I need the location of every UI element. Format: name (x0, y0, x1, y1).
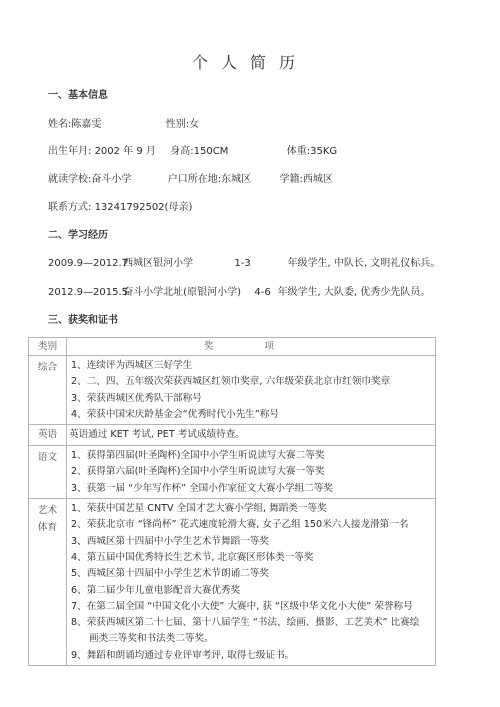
edu-grades: 4-6 (254, 286, 274, 300)
category-line: 艺术 (29, 502, 66, 519)
edu-grades: 1-3 (234, 257, 284, 271)
category-cell: 艺术 体育 (29, 499, 67, 666)
education-entry: 2012.9—2015.5 奋斗小学北址(原银河小学) 4-6 年级学生, 大队… (48, 286, 430, 300)
school-value: 奋斗小学 (91, 174, 131, 185)
column-header-awards: 奖 项 (67, 338, 436, 356)
page-title: 个人简历 (0, 50, 500, 73)
award-item: 英语通过 KET 考试, PET 考试成绩待查。 (69, 425, 435, 445)
category-cell: 英语 (29, 425, 67, 446)
xueji-value: 西城区 (303, 174, 333, 185)
name-label: 姓名: (48, 119, 71, 130)
award-item-continuation: 画类三等奖和书法类二等奖。 (71, 631, 435, 647)
award-item: 7、在第二届全国 “中国文化小大使” 大赛中, 获 “区级中华文化小大使” 荣誉… (71, 599, 435, 615)
edu-period: 2009.9—2012.7 (48, 257, 120, 271)
height-value: 150CM (194, 146, 229, 157)
award-item: 2、荣获北京市 “锋尚杯” 花式速度轮滑大赛, 女子乙组 150米六人接龙滑第一… (71, 517, 435, 533)
birth-value: 2002 年 9 月 (95, 146, 156, 157)
contact-label: 联系方式: (48, 202, 91, 213)
table-row: 英语 英语通过 KET 考试, PET 考试成绩待查。 (29, 425, 436, 446)
name-value: 陈嘉雯 (71, 119, 101, 130)
award-item: 1、连续评为西城区三好学生 (71, 358, 435, 374)
award-item: 5、西城区第十四届中小学生艺术节朗诵二等奖 (71, 566, 435, 582)
award-item: 8、荣获西城区第二十七届、第十八届学生 “书法、绘画、摄影、工艺美术” 比赛绘 (71, 615, 435, 631)
edu-school: 西城区银河小学 (123, 257, 231, 271)
table-row: 综合 1、连续评为西城区三好学生 2、二、四、五年级次荣获西城区红领巾奖章, 六… (29, 356, 436, 425)
table-header-row: 类别 奖 项 (29, 338, 436, 356)
award-item: 1、获得第四届(叶圣陶杯)全国中小学生听说读写大赛二等奖 (71, 448, 435, 464)
award-item: 4、荣获中国宋庆龄基金会“优秀时代小先生”称号 (71, 407, 435, 423)
section-heading-education: 二、学习经历 (48, 229, 108, 243)
edu-school: 奋斗小学北址(原银河小学) (123, 286, 251, 300)
hukou-label: 户口所在地: (168, 174, 221, 185)
gender-value: 女 (189, 119, 199, 130)
award-item: 3、荣获西城区优秀队干部称号 (71, 391, 435, 407)
contact-value: 13241792502(母亲) (95, 202, 193, 213)
section-heading-basic-info: 一、基本信息 (48, 89, 108, 103)
birth-height-weight-line: 出生年月: 2002 年 9 月 身高:150CM 体重:35KG (48, 145, 337, 159)
awards-cell: 1、连续评为西城区三好学生 2、二、四、五年级次荣获西城区红领巾奖章, 六年级荣… (67, 356, 436, 425)
table-row: 语文 1、获得第四届(叶圣陶杯)全国中小学生听说读写大赛二等奖 2、获得第六届(… (29, 446, 436, 499)
edu-desc: 年级学生, 中队长, 文明礼仪标兵。 (288, 258, 441, 269)
school-label: 就读学校: (48, 174, 91, 185)
award-item: 4、第五届中国优秀特长生艺术节, 北京赛区形体类一等奖 (71, 550, 435, 566)
table-row: 艺术 体育 1、荣获中国艺星 CNTV 全国才艺大赛小学组, 舞蹈类一等奖 2、… (29, 499, 436, 666)
hukou-value: 东城区 (221, 174, 251, 185)
xueji-label: 学籍: (280, 174, 303, 185)
award-item: 3、西城区第十四届中小学生艺术节舞蹈一等奖 (71, 534, 435, 550)
award-item: 6、第二届少年儿童电影配音大赛优秀奖 (71, 583, 435, 599)
award-item: 1、荣获中国艺星 CNTV 全国才艺大赛小学组, 舞蹈类一等奖 (71, 501, 435, 517)
category-cell: 综合 (29, 356, 67, 425)
award-item: 9、舞蹈和朗诵均通过专业评审考评, 取得七级证书。 (71, 648, 435, 664)
birth-label: 出生年月: (48, 146, 91, 157)
award-item: 3、获第一届 “少年写作杯” 全国小作家征文大赛小学组二等奖 (71, 481, 435, 497)
section-heading-awards: 三、获奖和证书 (48, 314, 118, 328)
weight-value: 35KG (310, 146, 337, 157)
column-header-category: 类别 (29, 338, 67, 356)
category-line: 体育 (29, 519, 66, 536)
school-line: 就读学校:奋斗小学 户口所在地:东城区 学籍:西城区 (48, 173, 333, 187)
weight-label: 体重: (287, 146, 310, 157)
awards-cell: 1、荣获中国艺星 CNTV 全国才艺大赛小学组, 舞蹈类一等奖 2、荣获北京市 … (67, 499, 436, 666)
height-label: 身高: (170, 146, 193, 157)
award-item: 2、二、四、五年级次荣获西城区红领巾奖章, 六年级荣获北京市红领巾奖章 (71, 374, 435, 390)
education-entry: 2009.9—2012.7 西城区银河小学 1-3 年级学生, 中队长, 文明礼… (48, 257, 440, 271)
name-gender-line: 姓名:陈嘉雯 性别:女 (48, 118, 199, 132)
awards-table: 类别 奖 项 综合 1、连续评为西城区三好学生 2、二、四、五年级次荣获西城区红… (28, 337, 436, 666)
gender-label: 性别: (166, 119, 189, 130)
edu-desc: 年级学生, 大队委, 优秀少先队员。 (278, 287, 431, 298)
category-cell: 语文 (29, 446, 67, 499)
edu-period: 2012.9—2015.5 (48, 286, 120, 300)
award-item: 2、获得第六届(叶圣陶杯)全国中小学生听说读写大赛一等奖 (71, 464, 435, 480)
awards-cell: 英语通过 KET 考试, PET 考试成绩待查。 (67, 425, 436, 446)
contact-line: 联系方式: 13241792502(母亲) (48, 201, 192, 215)
awards-cell: 1、获得第四届(叶圣陶杯)全国中小学生听说读写大赛二等奖 2、获得第六届(叶圣陶… (67, 446, 436, 499)
